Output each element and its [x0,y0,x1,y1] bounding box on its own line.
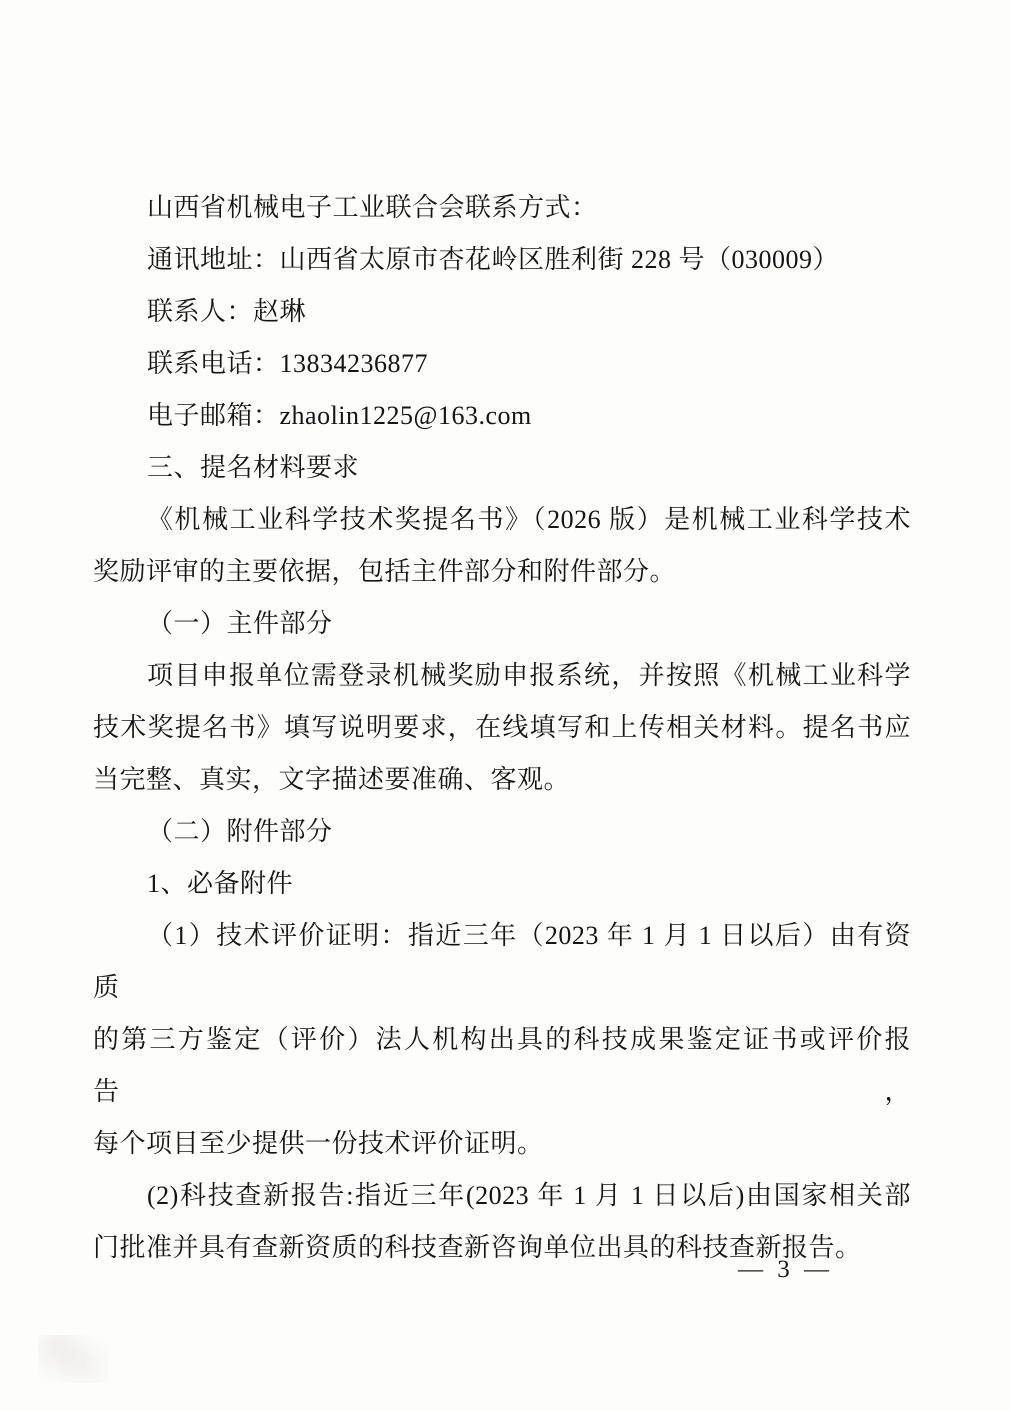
page-number: — 3 — [738,1256,833,1284]
text-line: 的第三方鉴定（评价）法人机构出具的科技成果鉴定证书或评价报告， [93,1014,911,1118]
scan-artifact [38,1335,108,1383]
text-line: 奖励评审的主要依据，包括主件部分和附件部分。 [93,546,911,598]
text-line: 技术奖提名书》填写说明要求，在线填写和上传相关材料。提名书应 [93,702,911,754]
text-line: （1）技术评价证明：指近三年（2023 年 1 月 1 日以后）由有资质 [93,910,911,1014]
text-line: (2)科技查新报告:指近三年(2023 年 1 月 1 日以后)由国家相关部 [93,1170,911,1222]
text-line: 通讯地址：山西省太原市杏花岭区胜利街 228 号（030009） [93,234,911,286]
text-line: 项目申报单位需登录机械奖励申报系统，并按照《机械工业科学 [93,650,911,702]
text-line: 当完整、真实，文字描述要准确、客观。 [93,754,911,806]
text-line: 每个项目至少提供一份技术评价证明。 [93,1118,911,1170]
text-line: （一）主件部分 [93,598,911,650]
text-line: 电子邮箱：zhaolin1225@163.com [93,390,911,442]
text-line: 《机械工业科学技术奖提名书》（2026 版）是机械工业科学技术 [93,494,911,546]
document-page: 山西省机械电子工业联合会联系方式：通讯地址：山西省太原市杏花岭区胜利街 228 … [0,0,1010,1411]
text-line: 1、必备附件 [93,858,911,910]
text-line: 山西省机械电子工业联合会联系方式： [93,182,911,234]
text-line: （二）附件部分 [93,806,911,858]
document-body: 山西省机械电子工业联合会联系方式：通讯地址：山西省太原市杏花岭区胜利街 228 … [93,182,911,1274]
text-line: 联系人：赵琳 [93,286,911,338]
text-line: 联系电话：13834236877 [93,338,911,390]
text-line: 三、提名材料要求 [93,442,911,494]
